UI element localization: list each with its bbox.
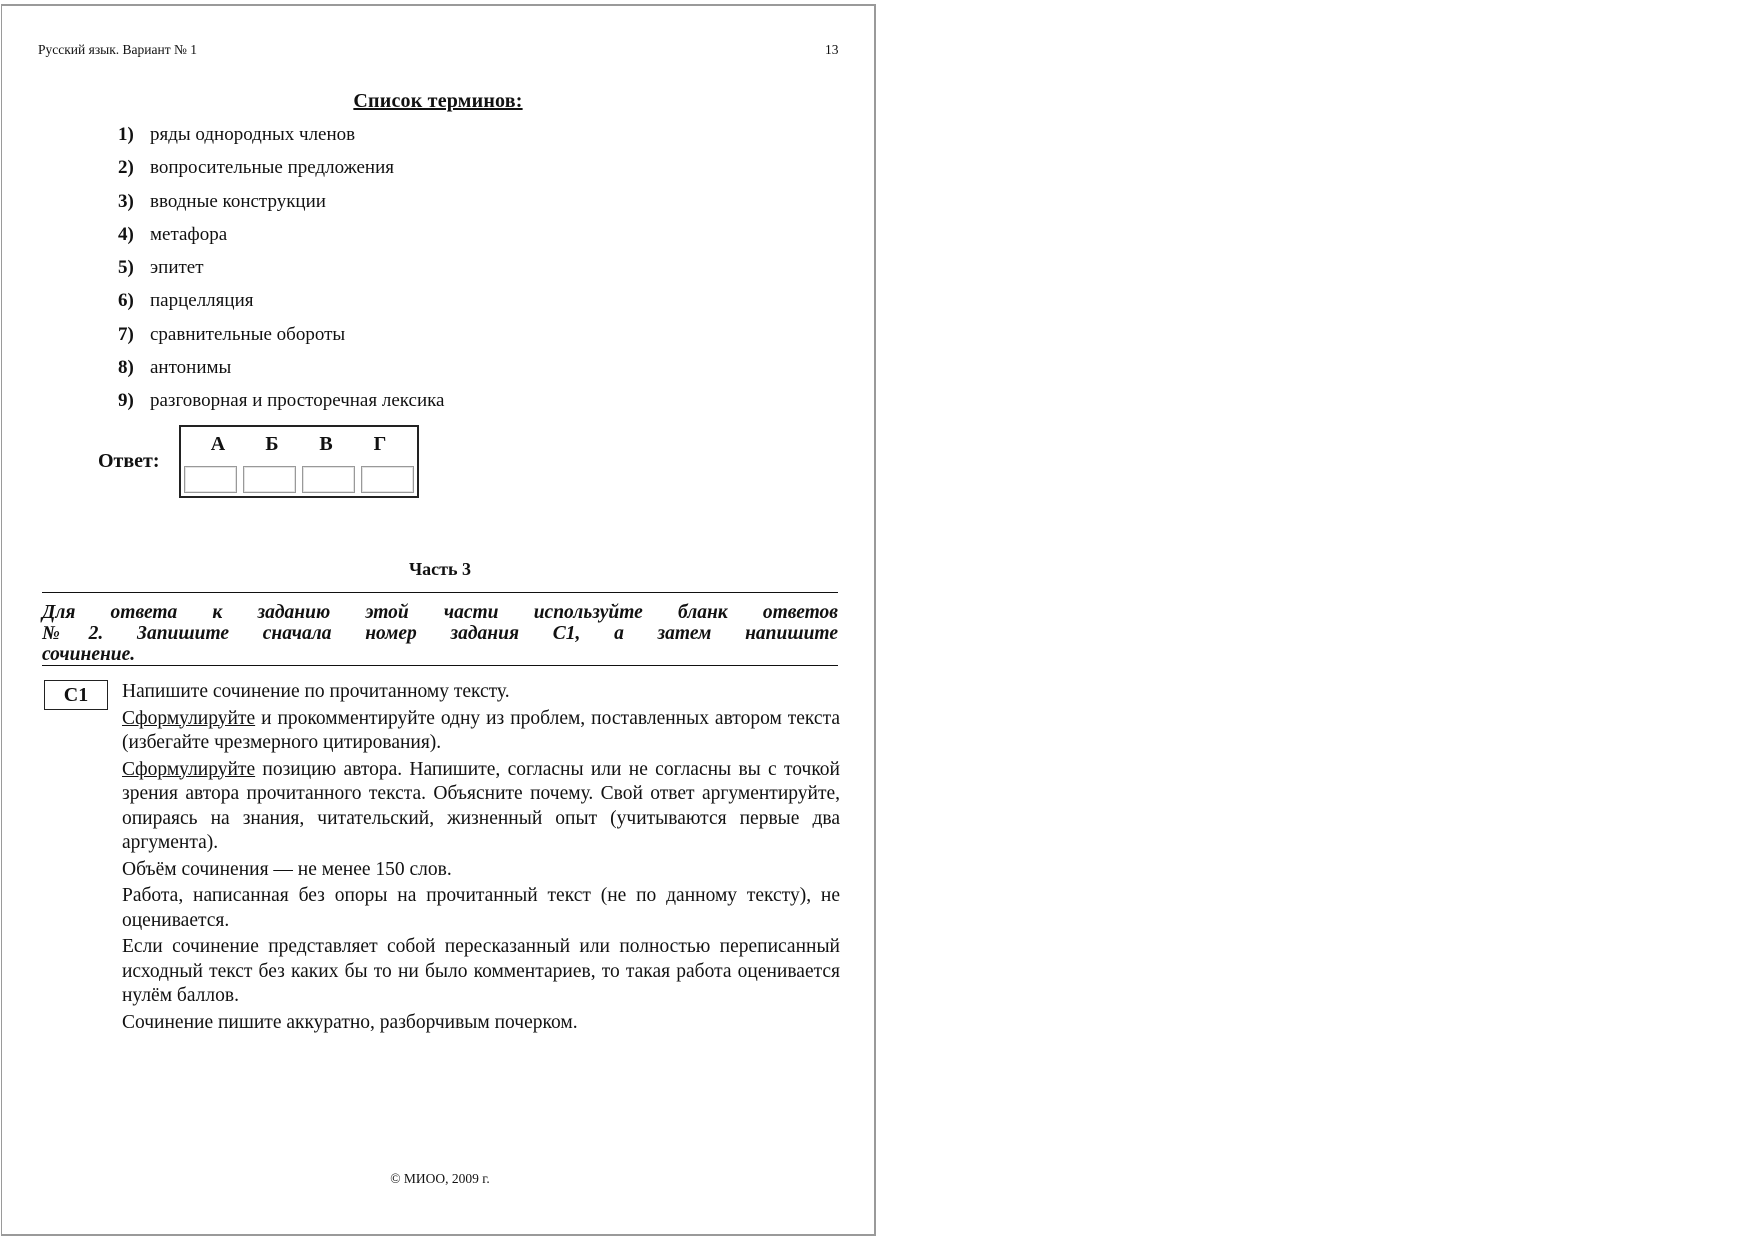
term-text: вводные конструкции: [150, 191, 326, 213]
task-paragraph: Работа, написанная без опоры на прочитан…: [122, 884, 840, 933]
page-number: 13: [825, 42, 839, 58]
answer-cells: [184, 466, 414, 493]
part-instructions: Для ответа к заданию этой части использу…: [42, 602, 838, 665]
task-paragraph: Напишите сочинение по прочитанному текст…: [122, 680, 840, 705]
term-number: 2): [118, 157, 150, 179]
answer-cell-b[interactable]: [243, 466, 296, 493]
instruction-line-3: сочинение.: [42, 644, 838, 665]
answer-cell-a[interactable]: [184, 466, 237, 493]
emphasis-word: Сформулируйте: [122, 759, 255, 780]
task-number-badge: С1: [44, 680, 108, 710]
answer-column-a: А: [192, 433, 244, 456]
task-text: Напишите сочинение по прочитанному текст…: [122, 680, 840, 1037]
term-text: вопросительные предложения: [150, 157, 394, 179]
document-page: Русский язык. Вариант № 1 13 Список терм…: [1, 4, 876, 1236]
task-paragraph: Сочинение пишите аккуратно, разборчивым …: [122, 1011, 840, 1036]
instruction-line-2: №2. Запишите сначала номер задания С1, а…: [42, 623, 838, 644]
task-paragraph: Объём сочинения — не менее 150 слов.: [122, 858, 840, 883]
list-item: 9)разговорная и просторечная лексика: [118, 390, 445, 423]
term-text: разговорная и просторечная лексика: [150, 390, 445, 412]
term-number: 1): [118, 124, 150, 146]
task-paragraph: Сформулируйте позицию автора. Напишите, …: [122, 758, 840, 856]
list-item: 5)эпитет: [118, 257, 445, 290]
list-item: 8)антонимы: [118, 357, 445, 390]
term-number: 4): [118, 224, 150, 246]
emphasis-word: Сформулируйте: [122, 708, 255, 729]
term-text: сравнительные обороты: [150, 324, 345, 346]
list-item: 7)сравнительные обороты: [118, 324, 445, 357]
answer-column-headers: А Б В Г: [181, 433, 417, 456]
term-text: эпитет: [150, 257, 204, 279]
part-title: Часть 3: [2, 559, 878, 580]
term-number: 8): [118, 357, 150, 379]
task-paragraph: Если сочинение представляет собой переск…: [122, 935, 840, 1009]
task-paragraph: Сформулируйте и прокомментируйте одну из…: [122, 707, 840, 756]
term-number: 3): [118, 191, 150, 213]
answer-column-v: В: [300, 433, 352, 456]
divider-top: [42, 592, 838, 593]
answer-column-b: Б: [246, 433, 298, 456]
answer-column-g: Г: [354, 433, 406, 456]
list-item: 6)парцелляция: [118, 290, 445, 323]
term-text: метафора: [150, 224, 227, 246]
running-header-title: Русский язык. Вариант № 1: [38, 42, 197, 58]
instruction-line-1: Для ответа к заданию этой части использу…: [42, 602, 838, 623]
terms-list: 1)ряды однородных членов 2)вопросительны…: [118, 124, 445, 424]
answer-cell-v[interactable]: [302, 466, 355, 493]
list-item: 4)метафора: [118, 224, 445, 257]
term-text: антонимы: [150, 357, 231, 379]
list-item: 1)ряды однородных членов: [118, 124, 445, 157]
term-number: 7): [118, 324, 150, 346]
term-text: ряды однородных членов: [150, 124, 355, 146]
list-item: 2)вопросительные предложения: [118, 157, 445, 190]
answer-label: Ответ:: [98, 450, 160, 473]
term-number: 6): [118, 290, 150, 312]
divider-bottom: [42, 665, 838, 666]
term-number: 9): [118, 390, 150, 412]
answer-table: А Б В Г: [179, 425, 419, 498]
terms-list-title: Список терминов:: [2, 90, 874, 113]
copyright-footer: © МИОО, 2009 г.: [2, 1171, 878, 1187]
list-item: 3)вводные конструкции: [118, 191, 445, 224]
term-text: парцелляция: [150, 290, 253, 312]
term-number: 5): [118, 257, 150, 279]
answer-cell-g[interactable]: [361, 466, 414, 493]
